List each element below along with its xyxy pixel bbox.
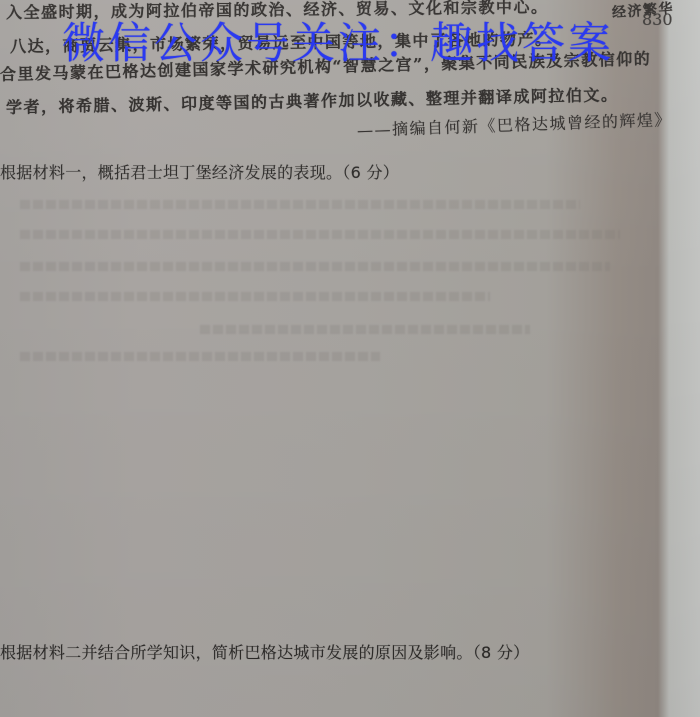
bleed-through-line (20, 262, 610, 271)
page-number: 830 (642, 10, 673, 29)
watermark-overlay: 微信公众号关注：趣找答案 (62, 10, 614, 71)
bleed-through-line (20, 352, 380, 361)
exam-paper-photo: 入全盛时期，成为阿拉伯帝国的政治、经济、贸易、文化和宗教中心。 经济繁华 830… (0, 0, 700, 717)
question-1: 根据材料一，概括君士坦丁堡经济发展的表现。（6 分） (0, 160, 399, 183)
bleed-through-line (20, 230, 620, 239)
question-2: 根据材料二并结合所学知识，简析巴格达城市发展的原因及影响。（8 分） (0, 640, 529, 663)
source-citation: ——摘编自何新《巴格达城曾经的辉煌》 (357, 107, 673, 141)
bleed-through-line (20, 200, 580, 209)
bleed-through-line (20, 292, 490, 301)
bleed-through-line (200, 325, 530, 334)
